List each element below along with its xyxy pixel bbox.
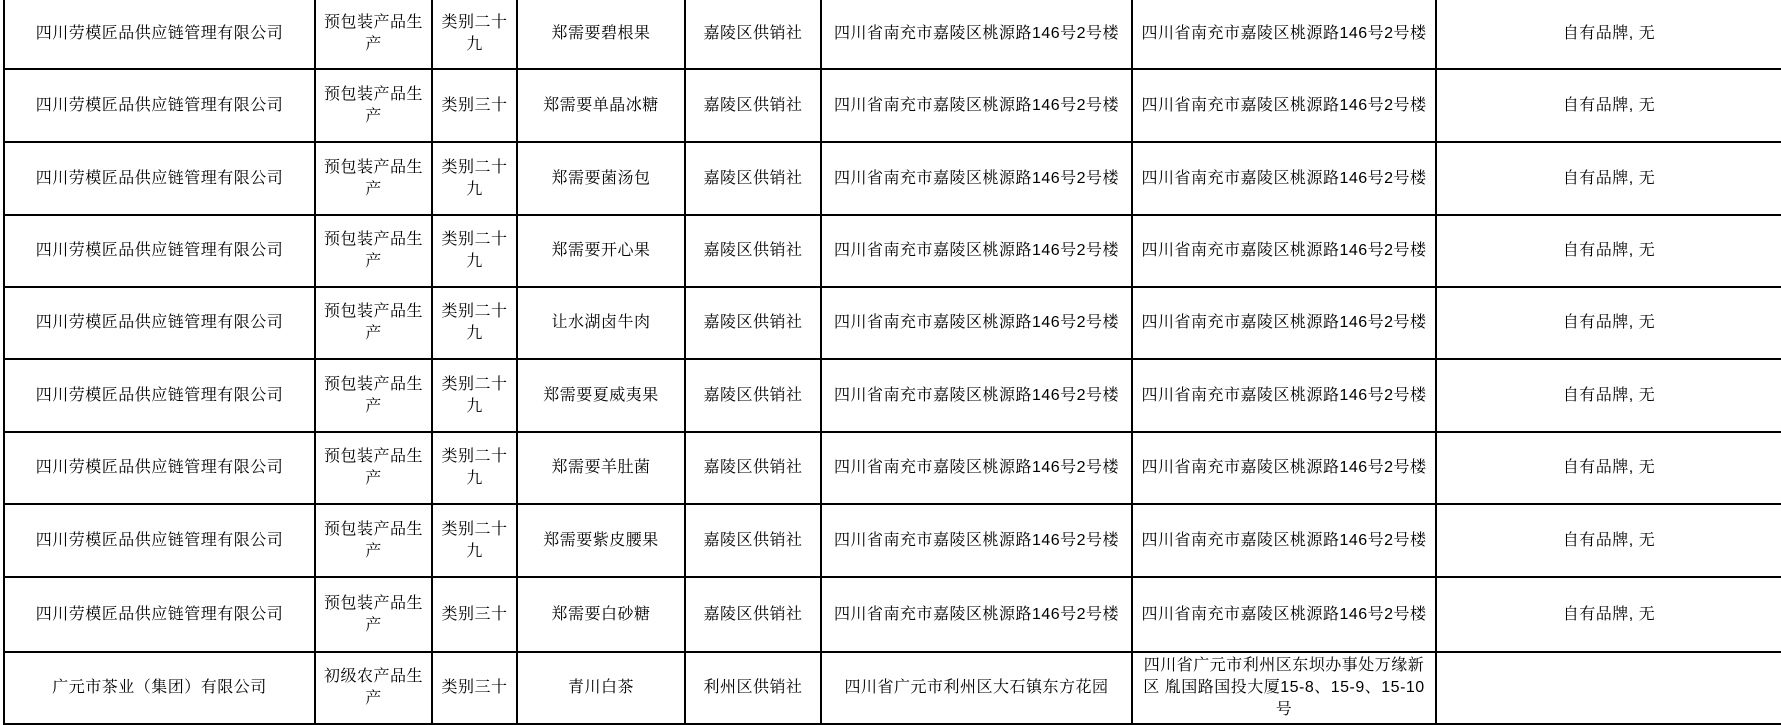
cell-cooperative: 利州区供销社	[686, 653, 822, 725]
cell-producer-address: 四川省南充市嘉陵区桃源路146号2号楼	[822, 578, 1133, 653]
cell-product: 郑需要白砂糖	[518, 578, 686, 653]
table-row: 四川劳模匠品供应链管理有限公司 预包装产品生产 类别二十九 郑需要夏威夷果 嘉陵…	[5, 360, 1781, 433]
cell-product: 郑需要羊肚菌	[518, 433, 686, 505]
cell-cooperative: 嘉陵区供销社	[686, 578, 822, 653]
cell-category: 类别二十九	[433, 288, 518, 360]
cell-product: 让水湖卤牛肉	[518, 288, 686, 360]
cell-business-address: 四川省南充市嘉陵区桃源路146号2号楼	[1133, 433, 1437, 505]
table-row: 广元市茶业（集团）有限公司 初级农产品生产 类别三十 青川白茶 利州区供销社 四…	[5, 653, 1781, 725]
cell-company: 四川劳模匠品供应链管理有限公司	[5, 505, 316, 578]
cell-category: 类别二十九	[433, 505, 518, 578]
cell-cooperative: 嘉陵区供销社	[686, 288, 822, 360]
cell-category: 类别三十	[433, 70, 518, 143]
cell-product: 郑需要碧根果	[518, 0, 686, 70]
table-row: 四川劳模匠品供应链管理有限公司 预包装产品生产 类别二十九 郑需要碧根果 嘉陵区…	[5, 0, 1781, 70]
cell-production-type: 预包装产品生产	[316, 433, 433, 505]
cell-brand: 自有品牌, 无	[1437, 578, 1781, 653]
cell-product: 郑需要菌汤包	[518, 143, 686, 216]
cell-brand: 自有品牌, 无	[1437, 216, 1781, 288]
cell-business-address: 四川省南充市嘉陵区桃源路146号2号楼	[1133, 505, 1437, 578]
cell-brand: 自有品牌, 无	[1437, 360, 1781, 433]
cell-production-type: 预包装产品生产	[316, 578, 433, 653]
cell-business-address: 四川省南充市嘉陵区桃源路146号2号楼	[1133, 0, 1437, 70]
records-table: 四川劳模匠品供应链管理有限公司 预包装产品生产 类别二十九 郑需要碧根果 嘉陵区…	[3, 0, 1781, 725]
cell-category: 类别二十九	[433, 0, 518, 70]
cell-cooperative: 嘉陵区供销社	[686, 216, 822, 288]
cell-production-type: 预包装产品生产	[316, 288, 433, 360]
cell-company: 四川劳模匠品供应链管理有限公司	[5, 360, 316, 433]
cell-company: 广元市茶业（集团）有限公司	[5, 653, 316, 725]
cell-production-type: 预包装产品生产	[316, 360, 433, 433]
cell-producer-address: 四川省南充市嘉陵区桃源路146号2号楼	[822, 70, 1133, 143]
cell-cooperative: 嘉陵区供销社	[686, 70, 822, 143]
cell-production-type: 预包装产品生产	[316, 216, 433, 288]
cell-cooperative: 嘉陵区供销社	[686, 360, 822, 433]
cell-production-type: 预包装产品生产	[316, 70, 433, 143]
table-row: 四川劳模匠品供应链管理有限公司 预包装产品生产 类别二十九 郑需要菌汤包 嘉陵区…	[5, 143, 1781, 216]
cell-category: 类别三十	[433, 653, 518, 725]
cell-company: 四川劳模匠品供应链管理有限公司	[5, 216, 316, 288]
cell-business-address: 四川省南充市嘉陵区桃源路146号2号楼	[1133, 70, 1437, 143]
cell-business-address: 四川省南充市嘉陵区桃源路146号2号楼	[1133, 578, 1437, 653]
cell-producer-address: 四川省南充市嘉陵区桃源路146号2号楼	[822, 505, 1133, 578]
table-row: 四川劳模匠品供应链管理有限公司 预包装产品生产 类别二十九 郑需要紫皮腰果 嘉陵…	[5, 505, 1781, 578]
cell-company: 四川劳模匠品供应链管理有限公司	[5, 70, 316, 143]
cell-cooperative: 嘉陵区供销社	[686, 143, 822, 216]
cell-category: 类别二十九	[433, 216, 518, 288]
cell-brand: 自有品牌, 无	[1437, 143, 1781, 216]
cell-producer-address: 四川省南充市嘉陵区桃源路146号2号楼	[822, 360, 1133, 433]
cell-category: 类别二十九	[433, 433, 518, 505]
cell-product: 郑需要紫皮腰果	[518, 505, 686, 578]
cell-company: 四川劳模匠品供应链管理有限公司	[5, 433, 316, 505]
table-row: 四川劳模匠品供应链管理有限公司 预包装产品生产 类别三十 郑需要单晶冰糖 嘉陵区…	[5, 70, 1781, 143]
cell-category: 类别三十	[433, 578, 518, 653]
cell-company: 四川劳模匠品供应链管理有限公司	[5, 578, 316, 653]
cell-product: 郑需要夏威夷果	[518, 360, 686, 433]
cell-production-type: 预包装产品生产	[316, 0, 433, 70]
cell-brand: 自有品牌, 无	[1437, 70, 1781, 143]
cell-producer-address: 四川省南充市嘉陵区桃源路146号2号楼	[822, 288, 1133, 360]
cell-production-type: 初级农产品生产	[316, 653, 433, 725]
cell-product: 郑需要开心果	[518, 216, 686, 288]
cell-company: 四川劳模匠品供应链管理有限公司	[5, 143, 316, 216]
cell-producer-address: 四川省南充市嘉陵区桃源路146号2号楼	[822, 0, 1133, 70]
cell-business-address: 四川省南充市嘉陵区桃源路146号2号楼	[1133, 143, 1437, 216]
cell-brand: 自有品牌, 无	[1437, 505, 1781, 578]
cell-producer-address: 四川省广元市利州区大石镇东方花园	[822, 653, 1133, 725]
cell-category: 类别二十九	[433, 143, 518, 216]
cell-producer-address: 四川省南充市嘉陵区桃源路146号2号楼	[822, 143, 1133, 216]
cell-business-address: 四川省广元市利州区东坝办事处万缘新区 胤国路国投大厦15-8、15-9、15-1…	[1133, 653, 1437, 725]
table-row: 四川劳模匠品供应链管理有限公司 预包装产品生产 类别二十九 郑需要羊肚菌 嘉陵区…	[5, 433, 1781, 505]
cell-brand: 自有品牌, 无	[1437, 288, 1781, 360]
cell-cooperative: 嘉陵区供销社	[686, 433, 822, 505]
cell-product: 郑需要单晶冰糖	[518, 70, 686, 143]
cell-company: 四川劳模匠品供应链管理有限公司	[5, 0, 316, 70]
cell-producer-address: 四川省南充市嘉陵区桃源路146号2号楼	[822, 216, 1133, 288]
cell-company: 四川劳模匠品供应链管理有限公司	[5, 288, 316, 360]
cell-business-address: 四川省南充市嘉陵区桃源路146号2号楼	[1133, 360, 1437, 433]
cell-cooperative: 嘉陵区供销社	[686, 505, 822, 578]
table-row: 四川劳模匠品供应链管理有限公司 预包装产品生产 类别二十九 让水湖卤牛肉 嘉陵区…	[5, 288, 1781, 360]
cell-cooperative: 嘉陵区供销社	[686, 0, 822, 70]
cell-business-address: 四川省南充市嘉陵区桃源路146号2号楼	[1133, 288, 1437, 360]
table-row: 四川劳模匠品供应链管理有限公司 预包装产品生产 类别三十 郑需要白砂糖 嘉陵区供…	[5, 578, 1781, 653]
cell-category: 类别二十九	[433, 360, 518, 433]
cell-production-type: 预包装产品生产	[316, 505, 433, 578]
cell-brand: 自有品牌, 无	[1437, 0, 1781, 70]
table-row: 四川劳模匠品供应链管理有限公司 预包装产品生产 类别二十九 郑需要开心果 嘉陵区…	[5, 216, 1781, 288]
cell-production-type: 预包装产品生产	[316, 143, 433, 216]
cell-product: 青川白茶	[518, 653, 686, 725]
cell-business-address: 四川省南充市嘉陵区桃源路146号2号楼	[1133, 216, 1437, 288]
cell-producer-address: 四川省南充市嘉陵区桃源路146号2号楼	[822, 433, 1133, 505]
cell-brand	[1437, 653, 1781, 725]
cell-brand: 自有品牌, 无	[1437, 433, 1781, 505]
